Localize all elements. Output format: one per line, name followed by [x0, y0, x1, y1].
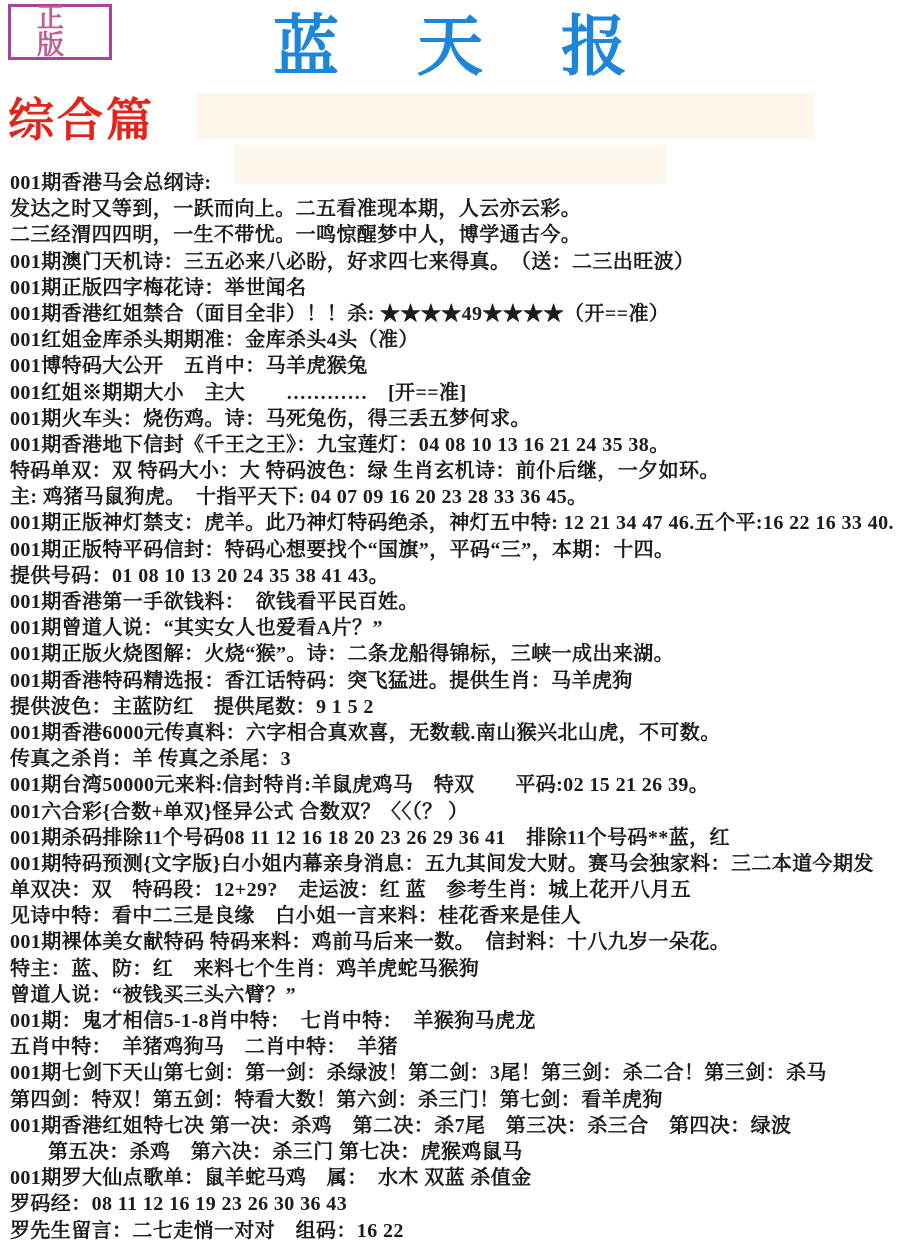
text-line: 001期裸体美女献特码 特码来料：鸡前马后来一数。 信封料：十八九岁一朵花。: [10, 929, 898, 955]
text-line: 特码单双：双 特码大小：大 特码波色：绿 生肖玄机诗：前仆后继，一夕如环。: [10, 458, 898, 484]
text-line: 001期香港红姐特七决 第一决：杀鸡 第二决：杀7尾 第三决：杀三合 第四决：绿…: [10, 1113, 898, 1139]
text-line: 001期特码预测{文字版}白小姐内幕亲身消息：五九其间发大财。赛马会独家料：三二…: [10, 851, 898, 877]
text-line: 001期七剑下天山第七剑：第一剑：杀绿波！第二剑：3尾！第三剑：杀二合！第三剑：…: [10, 1060, 898, 1086]
text-line: 第五决：杀鸡 第六决：杀三门 第七决：虎猴鸡鼠马: [10, 1139, 898, 1165]
text-line: 001期：鬼才相信5-1-8肖中特： 七肖中特： 羊猴狗马虎龙: [10, 1008, 898, 1034]
text-line: 001期香港地下信封《千王之王》：九宝莲灯：04 08 10 13 16 21 …: [10, 432, 898, 458]
text-line: 见诗中特：看中二三是良缘 白小姐一言来料：桂花香来是佳人: [10, 903, 898, 929]
text-line: 单双决：双 特码段：12+29? 走运波：红 蓝 参考生肖：城上花开八月五: [10, 877, 898, 903]
text-line: 001红姐金库杀头期期准：金库杀头4头（准）: [10, 327, 898, 353]
text-line: 001期正版四字梅花诗：举世闻名: [10, 275, 898, 301]
header-highlight-band-top: [196, 93, 814, 139]
section-heading: 综合篇: [8, 96, 155, 147]
text-line: 五肖中特： 羊猪鸡狗马 二肖中特： 羊猪: [10, 1034, 898, 1060]
text-line: 传真之杀肖：羊 传真之杀尾：3: [10, 746, 898, 772]
text-line: 特主：蓝、防：红 来料七个生肖：鸡羊虎蛇马猴狗: [10, 956, 898, 982]
text-line: 提供波色：主蓝防红 提供尾数：9 1 5 2: [10, 694, 898, 720]
text-line: 001期正版特平码信封：特码心想要找个“国旗”，平码“三”，本期：十四。: [10, 537, 898, 563]
text-line: 二三经渭四四明，一生不带忧。一鸣惊醒梦中人，博学通古今。: [10, 222, 898, 248]
text-line: 罗码经：08 11 12 16 19 23 26 30 36 43: [10, 1191, 898, 1217]
text-line: 001六合彩{合数+单双}怪异公式 合数双？〈〈（？ ）: [10, 799, 898, 825]
text-line: 曾道人说：“被钱买三头六臂？”: [10, 982, 898, 1008]
text-line: 主: 鸡猪马鼠狗虎。 十指平天下: 04 07 09 16 20 23 28 3…: [10, 484, 898, 510]
text-line: 发达之时又等到，一跃而向上。二五看准现本期，人云亦云彩。: [10, 196, 898, 222]
text-line: 001红姐※期期大小 主大 ………… [开==准]: [10, 380, 898, 406]
text-line: 第四剑：特双！第五剑：特看大数！第六剑：杀三门！第七剑：看羊虎狗: [10, 1087, 898, 1113]
text-line: 001期香港特码精选报：香江话特码：突飞猛进。提供生肖：马羊虎狗: [10, 668, 898, 694]
text-line: 001期罗大仙点歌单：鼠羊蛇马鸡 属： 水木 双蓝 杀值金: [10, 1165, 898, 1191]
masthead-title: 蓝天报: [0, 8, 900, 87]
text-line: 001期火车头：烧伤鸡。诗：马死兔伤，得三丢五梦何求。: [10, 406, 898, 432]
text-line: 001期正版火烧图解：火烧“猴”。诗：二条龙船得锦标，三峡一成出来湖。: [10, 641, 898, 667]
text-line: 001期曾道人说：“其实女人也爱看A片？”: [10, 615, 898, 641]
text-line: 001期香港6000元传真料：六字相合真欢喜，无数载.南山猴兴北山虎，不可数。: [10, 720, 898, 746]
text-line: 001期香港马会总纲诗:: [10, 170, 898, 196]
text-line: 提供号码：01 08 10 13 20 24 35 38 41 43。: [10, 563, 898, 589]
text-line: 001期香港红姐禁合（面目全非）！！杀: ★★★★49★★★★（开==准）: [10, 301, 898, 327]
text-line: 001期澳门天机诗：三五必来八必盼，好求四七来得真。 （送：二三出旺波）: [10, 249, 898, 275]
text-line: 001期台湾50000元来料:信封特肖:羊鼠虎鸡马 特双 平码:02 15 21…: [10, 772, 898, 798]
content-lines: 001期香港马会总纲诗:发达之时又等到，一跃而向上。二五看准现本期，人云亦云彩。…: [10, 170, 898, 1243]
text-line: 001期杀码排除11个号码08 11 12 16 18 20 23 26 29 …: [10, 825, 898, 851]
text-line: 罗先生留言：二七走悄一对对 组码：16 22: [10, 1218, 898, 1243]
text-line: 001博特码大公开 五肖中：马羊虎猴兔: [10, 353, 898, 379]
text-line: 001期正版神灯禁支：虎羊。此乃神灯特码绝杀，神灯五中特: 12 21 34 4…: [10, 510, 898, 536]
text-line: 001期香港第一手欲钱料： 欲钱看平民百姓。: [10, 589, 898, 615]
